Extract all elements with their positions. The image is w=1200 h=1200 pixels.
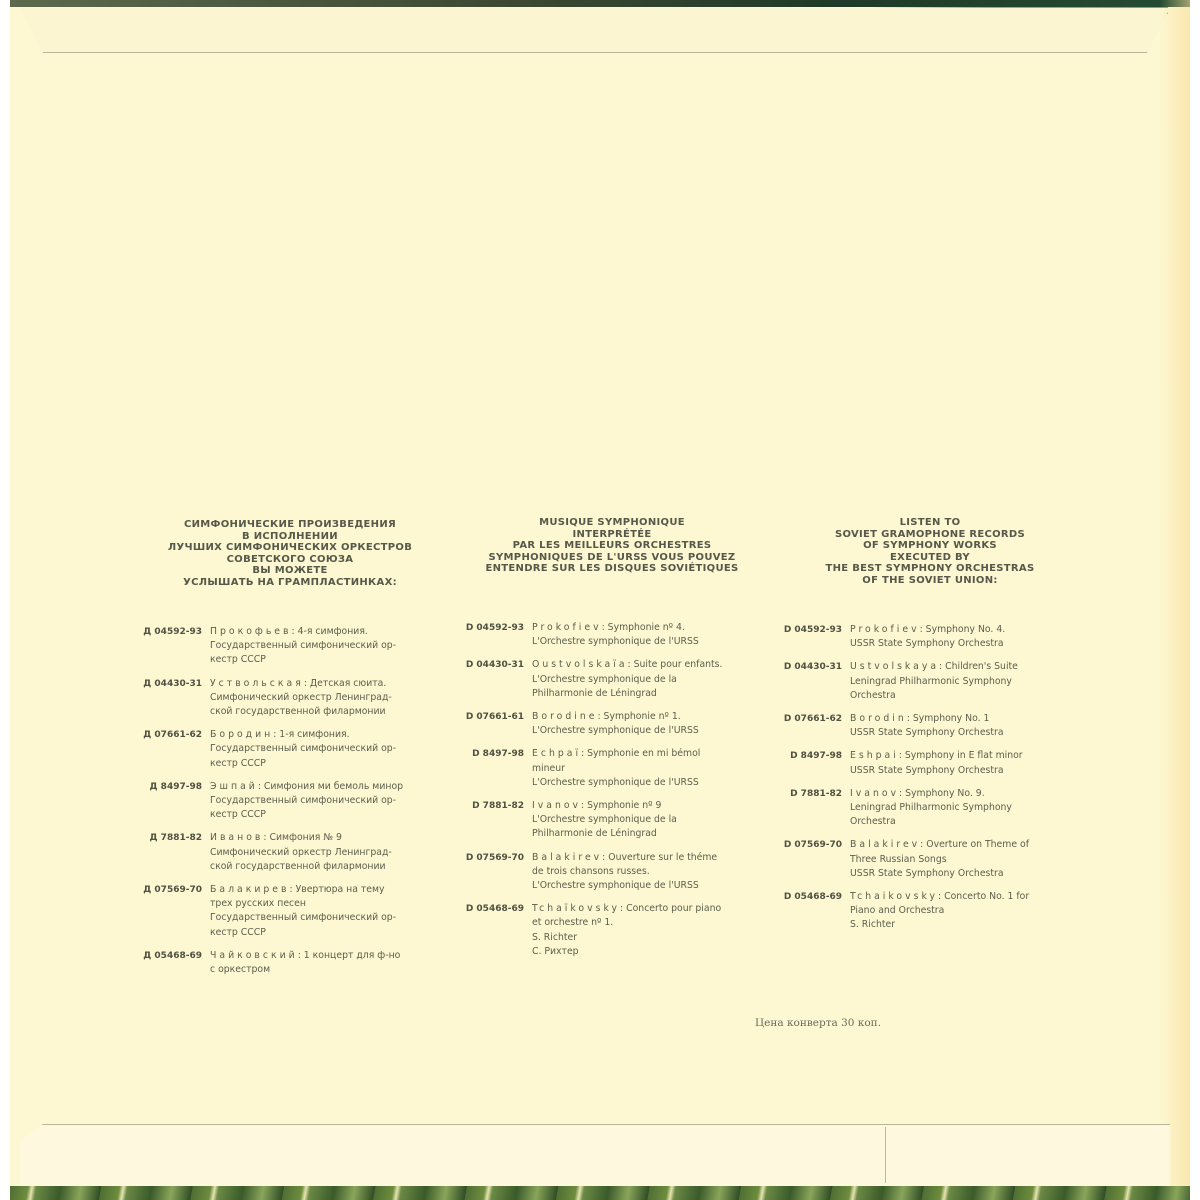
catalog-entry: Д 04592-93Прокофьев: 4-я симфония.Госуда… xyxy=(140,625,440,668)
performer-details: Государственный симфонический ор- кестр … xyxy=(210,794,403,822)
top-edge-strip xyxy=(10,0,1190,7)
top-flap xyxy=(20,8,1170,53)
catalog-number: D 07661-62 xyxy=(780,712,850,740)
work-title: : Overture on Theme of xyxy=(920,839,1029,850)
performer-details: с оркестром xyxy=(210,963,400,977)
composer-name: Ivanov xyxy=(532,800,581,811)
catalog-entry: Д 05468-69Чайковский: 1 концерт для ф-но… xyxy=(140,949,440,977)
entry-description: Prokofiev: Symphony No. 4.USSR State Sym… xyxy=(850,623,1005,651)
catalog-entry: D 04430-31Oustvolskaïa: Suite pour enfan… xyxy=(462,658,772,701)
catalog-number: D 04592-93 xyxy=(462,621,532,649)
performer-details: mineur L'Orchestre symphonique de l'URSS xyxy=(532,762,700,790)
composer-name: Ustvolskaya xyxy=(850,661,939,672)
entries-french: D 04592-93Prokofiev: Symphonie nº 4.L'Or… xyxy=(462,621,772,968)
entry-description: Ustvolskaya: Children's SuiteLeningrad P… xyxy=(850,660,1018,703)
work-title: : Symphonie nº 1. xyxy=(597,711,680,722)
catalog-entry: Д 07661-62Бородин: 1-я симфония.Государс… xyxy=(140,728,440,771)
entry-description: Ivanov: Symphony No. 9.Leningrad Philhar… xyxy=(850,787,1012,830)
catalog-number: Д 07661-62 xyxy=(140,728,210,771)
bottom-photo-edge xyxy=(10,1186,1190,1200)
composer-name: Уствольская xyxy=(210,678,304,689)
work-title: : Симфония ми бемоль минор xyxy=(258,781,403,792)
entry-description: Уствольская: Детская сюита.Симфонический… xyxy=(210,677,392,720)
performer-details: Государственный симфонический ор- кестр … xyxy=(210,639,396,667)
composer-name: Prokofiev xyxy=(532,622,602,633)
catalog-number: D 8497-98 xyxy=(780,749,850,777)
performer-details: L'Orchestre symphonique de la Philharmon… xyxy=(532,673,722,701)
work-title: : Symphonie nº 4. xyxy=(602,622,685,633)
work-title: : Concerto pour piano xyxy=(620,903,721,914)
catalog-entry: D 05468-69Tchaikovsky: Concerto No. 1 fo… xyxy=(780,890,1090,933)
catalog-entry: D 04592-93Prokofiev: Symphonie nº 4.L'Or… xyxy=(462,621,772,649)
work-title: : Suite pour enfants. xyxy=(628,659,723,670)
work-title: : Symphony No. 4. xyxy=(920,624,1006,635)
performer-details: L'Orchestre symphonique de la Philharmon… xyxy=(532,813,677,841)
composer-name: Ivanov xyxy=(850,788,899,799)
performer-details: L'Orchestre symphonique de l'URSS xyxy=(532,635,699,649)
work-title: : Children's Suite xyxy=(939,661,1018,672)
composer-name: Borodin xyxy=(850,713,907,724)
composer-name: Эшпай xyxy=(210,781,258,792)
catalog-entry: D 05468-69Tchaïkovsky: Concerto pour pia… xyxy=(462,902,772,959)
composer-name: Tchaïkovsky xyxy=(532,903,620,914)
performer-details: USSR State Symphony Orchestra xyxy=(850,726,1004,740)
performer-details: Piano and Orchestra S. Richter xyxy=(850,904,1029,932)
performer-details: L'Orchestre symphonique de l'URSS xyxy=(532,724,699,738)
catalog-entry: D 04592-93Prokofiev: Symphony No. 4.USSR… xyxy=(780,623,1090,651)
entry-description: Balakirev: Ouverture sur le thémede troi… xyxy=(532,851,717,894)
work-title: : Symphony No. 1 xyxy=(907,713,990,724)
catalog-number: D 7881-82 xyxy=(462,799,532,842)
entry-description: Balakirev: Overture on Theme ofThree Rus… xyxy=(850,838,1029,881)
catalog-entry: D 07661-61Borodine: Symphonie nº 1.L'Orc… xyxy=(462,710,772,738)
composer-name: Чайковский xyxy=(210,950,298,961)
composer-name: Балакирев xyxy=(210,884,289,895)
entry-description: Эшпай: Симфония ми бемоль минорГосударст… xyxy=(210,780,403,823)
catalog-number: D 05468-69 xyxy=(462,902,532,959)
catalog-number: D 7881-82 xyxy=(780,787,850,830)
entry-description: Балакирев: Увертюра на темутрех русских … xyxy=(210,883,396,940)
composer-name: Oustvolskaïa xyxy=(532,659,628,670)
catalog-entry: D 8497-98Echpaï: Symphonie en mi bémol m… xyxy=(462,747,772,790)
entry-description: Echpaï: Symphonie en mi bémol mineur L'O… xyxy=(532,747,700,790)
composer-name: Borodine xyxy=(532,711,597,722)
entry-description: Eshpai: Symphony in E flat minorUSSR Sta… xyxy=(850,749,1023,777)
performer-details: USSR State Symphony Orchestra xyxy=(850,764,1023,778)
performer-details: Three Russian Songs USSR State Symphony … xyxy=(850,853,1029,881)
work-title: : 1-я симфония. xyxy=(273,729,349,740)
entries-english: D 04592-93Prokofiev: Symphony No. 4.USSR… xyxy=(780,623,1090,942)
catalog-entry: Д 04430-31Уствольская: Детская сюита.Сим… xyxy=(140,677,440,720)
catalog-number: D 04430-31 xyxy=(462,658,532,701)
catalog-number: D 07569-70 xyxy=(780,838,850,881)
entry-description: Ivanov: Symphonie nº 9L'Orchestre sympho… xyxy=(532,799,677,842)
performer-details: Leningrad Philharmonic Symphony Orchestr… xyxy=(850,675,1018,703)
work-title: : Concerto No. 1 for xyxy=(938,891,1029,902)
work-title: : 4-я симфония. xyxy=(292,626,368,637)
composer-name: Prokofiev xyxy=(850,624,920,635)
entry-description: Бородин: 1-я симфония.Государственный си… xyxy=(210,728,396,771)
composer-name: Echpaï xyxy=(532,748,581,759)
catalog-number: Д 04430-31 xyxy=(140,677,210,720)
catalog-number: D 8497-98 xyxy=(462,747,532,790)
catalog-number: D 05468-69 xyxy=(780,890,850,933)
entry-description: Borodine: Symphonie nº 1.L'Orchestre sym… xyxy=(532,710,699,738)
entry-description: Чайковский: 1 концерт для ф-нос оркестро… xyxy=(210,949,400,977)
performer-details: Симфонический оркестр Ленинград- ской го… xyxy=(210,691,392,719)
catalog-number: Д 05468-69 xyxy=(140,949,210,977)
heading-french: MUSIQUE SYMPHONIQUE INTERPRÉTÉE PAR LES … xyxy=(462,517,762,575)
right-edge-shade xyxy=(1160,0,1190,1200)
heading-english: LISTEN TO SOVIET GRAMOPHONE RECORDS OF S… xyxy=(780,517,1080,586)
bottom-flap xyxy=(20,1124,1170,1187)
work-title: : Детская сюита. xyxy=(304,678,387,689)
entry-description: Tchaikovsky: Concerto No. 1 forPiano and… xyxy=(850,890,1029,933)
composer-name: Прокофьев xyxy=(210,626,292,637)
record-sleeve-back: СИМФОНИЧЕСКИЕ ПРОИЗВЕДЕНИЯ В ИСПОЛНЕНИИ … xyxy=(10,0,1190,1200)
catalog-entry: D 07661-62Borodin: Symphony No. 1USSR St… xyxy=(780,712,1090,740)
catalog-number: D 04592-93 xyxy=(780,623,850,651)
entries-russian: Д 04592-93Прокофьев: 4-я симфония.Госуда… xyxy=(140,625,440,986)
entry-description: Prokofiev: Symphonie nº 4.L'Orchestre sy… xyxy=(532,621,699,649)
composer-name: Иванов xyxy=(210,832,263,843)
performer-details: Симфонический оркестр Ленинград- ской го… xyxy=(210,846,392,874)
performer-details: трех русских песен Государственный симфо… xyxy=(210,897,396,940)
composer-name: Бородин xyxy=(210,729,273,740)
catalog-number: D 07569-70 xyxy=(462,851,532,894)
performer-details: USSR State Symphony Orchestra xyxy=(850,637,1005,651)
composer-name: Balakirev xyxy=(532,852,602,863)
catalog-number: D 07661-61 xyxy=(462,710,532,738)
catalog-entry: Д 07569-70Балакирев: Увертюра на темутре… xyxy=(140,883,440,940)
heading-russian: СИМФОНИЧЕСКИЕ ПРОИЗВЕДЕНИЯ В ИСПОЛНЕНИИ … xyxy=(140,519,440,588)
catalog-number: Д 07569-70 xyxy=(140,883,210,940)
performer-details: Государственный симфонический ор- кестр … xyxy=(210,742,396,770)
performer-details: Leningrad Philharmonic Symphony Orchestr… xyxy=(850,801,1012,829)
work-title: : Ouverture sur le théme xyxy=(602,852,717,863)
catalog-entry: Д 8497-98Эшпай: Симфония ми бемоль минор… xyxy=(140,780,440,823)
envelope-price-note: Цена конверта 30 коп. xyxy=(755,1017,881,1029)
catalog-entry: Д 7881-82Иванов: Симфония № 9Симфоническ… xyxy=(140,831,440,874)
catalog-number: D 04430-31 xyxy=(780,660,850,703)
catalog-number: Д 7881-82 xyxy=(140,831,210,874)
composer-name: Balakirev xyxy=(850,839,920,850)
composer-name: Tchaikovsky xyxy=(850,891,938,902)
catalog-entry: D 04430-31Ustvolskaya: Children's SuiteL… xyxy=(780,660,1090,703)
catalog-entry: D 7881-82Ivanov: Symphonie nº 9L'Orchest… xyxy=(462,799,772,842)
work-title: : Symphonie nº 9 xyxy=(581,800,661,811)
work-title: : Symphony No. 9. xyxy=(899,788,985,799)
entry-description: Иванов: Симфония № 9Симфонический оркест… xyxy=(210,831,392,874)
entry-description: Borodin: Symphony No. 1USSR State Sympho… xyxy=(850,712,1004,740)
work-title: : 1 концерт для ф-но xyxy=(298,950,401,961)
work-title: : Symphonie en mi bémol xyxy=(581,748,700,759)
performer-details: et orchestre nº 1. S. Richter С. Рихтер xyxy=(532,916,721,959)
catalog-entry: D 7881-82Ivanov: Symphony No. 9.Leningra… xyxy=(780,787,1090,830)
catalog-number: Д 8497-98 xyxy=(140,780,210,823)
entry-description: Tchaïkovsky: Concerto pour pianoet orche… xyxy=(532,902,721,959)
performer-details: de trois chansons russes. L'Orchestre sy… xyxy=(532,865,717,893)
composer-name: Eshpai xyxy=(850,750,899,761)
catalog-entry: D 07569-70Balakirev: Ouverture sur le th… xyxy=(462,851,772,894)
work-title: : Symphony in E flat minor xyxy=(899,750,1023,761)
catalog-entry: D 8497-98Eshpai: Symphony in E flat mino… xyxy=(780,749,1090,777)
catalog-entry: D 07569-70Balakirev: Overture on Theme o… xyxy=(780,838,1090,881)
flap-crease xyxy=(885,1127,886,1183)
work-title: : Симфония № 9 xyxy=(263,832,341,843)
entry-description: Прокофьев: 4-я симфония.Государственный … xyxy=(210,625,396,668)
catalog-number: Д 04592-93 xyxy=(140,625,210,668)
entry-description: Oustvolskaïa: Suite pour enfants.L'Orche… xyxy=(532,658,722,701)
work-title: : Увертюра на тему xyxy=(289,884,384,895)
